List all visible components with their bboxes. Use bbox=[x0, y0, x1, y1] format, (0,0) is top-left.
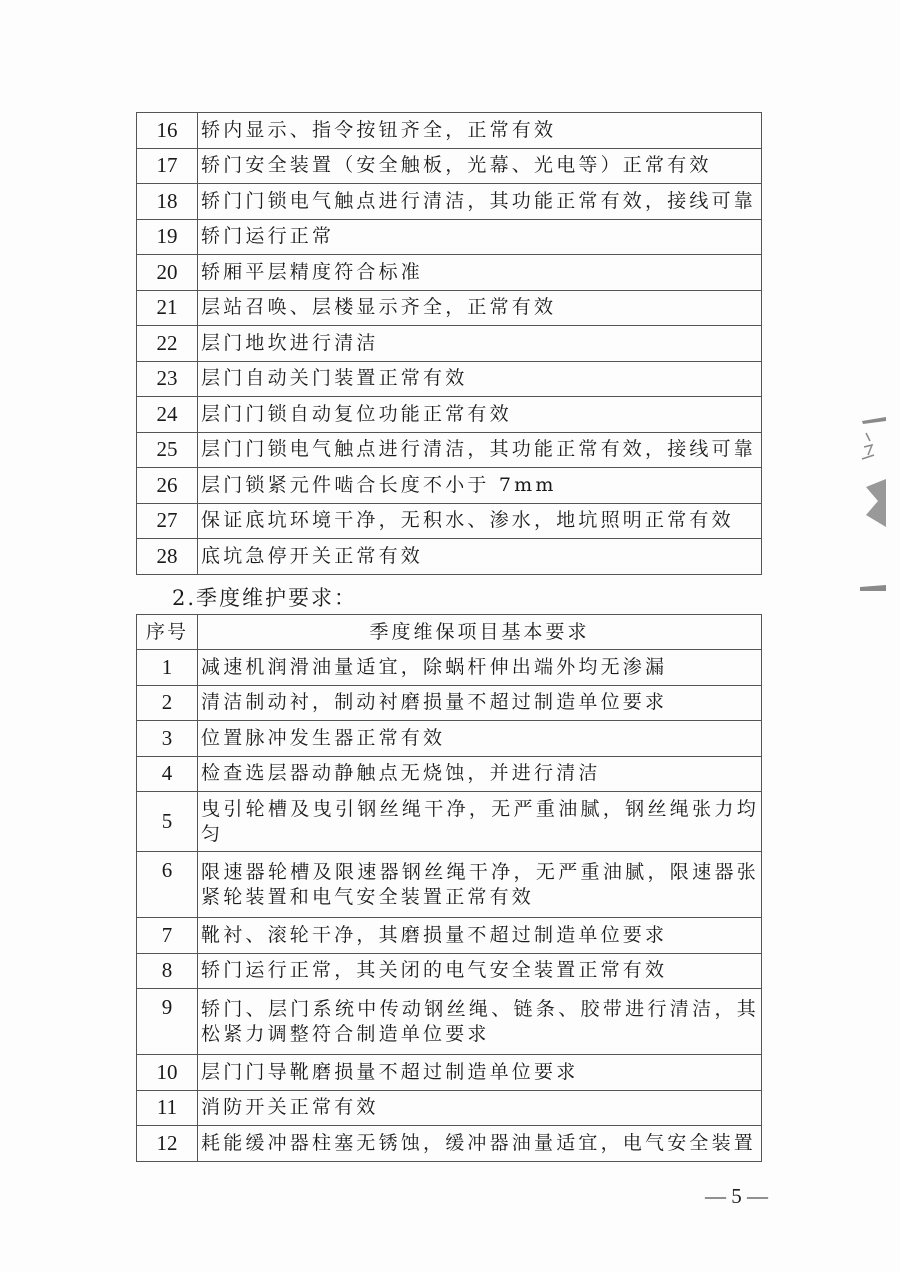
table-row: 16 轿内显示、指令按钮齐全，正常有效 bbox=[137, 113, 762, 149]
row-text: 层门门导靴磨损量不超过制造单位要求 bbox=[198, 1055, 762, 1091]
row-number: 2 bbox=[137, 685, 198, 721]
table-row: 27 保证底坑环境干净，无积水、渗水，地坑照明正常有效 bbox=[137, 503, 762, 539]
seal-stamp-fragment bbox=[848, 415, 888, 605]
row-number: 4 bbox=[137, 756, 198, 792]
row-number: 3 bbox=[137, 721, 198, 757]
table-row: 20 轿厢平层精度符合标准 bbox=[137, 255, 762, 291]
table-row: 26 层门锁紧元件啮合长度不小于 7mm bbox=[137, 468, 762, 504]
table-row: 17 轿门安全装置（安全触板，光幕、光电等）正常有效 bbox=[137, 148, 762, 184]
row-text: 轿门、层门系统中传动钢丝绳、链条、胶带进行清洁，其松紧力调整符合制造单位要求 bbox=[198, 989, 762, 1055]
row-number: 25 bbox=[137, 432, 198, 468]
table-header-row: 序号 季度维保项目基本要求 bbox=[137, 615, 762, 650]
row-text: 轿门安全装置（安全触板，光幕、光电等）正常有效 bbox=[198, 148, 762, 184]
table-row: 6 限速器轮槽及限速器钢丝绳干净，无严重油腻，限速器张紧轮装置和电气安全装置正常… bbox=[137, 852, 762, 918]
table-row: 24 层门门锁自动复位功能正常有效 bbox=[137, 397, 762, 433]
row-text: 底坑急停开关正常有效 bbox=[198, 539, 762, 575]
row-number: 1 bbox=[137, 650, 198, 686]
monthly-requirements-table: 16 轿内显示、指令按钮齐全，正常有效 17 轿门安全装置（安全触板，光幕、光电… bbox=[136, 112, 762, 575]
table-row: 10 层门门导靴磨损量不超过制造单位要求 bbox=[137, 1055, 762, 1091]
page-number: — 5 — bbox=[705, 1184, 768, 1209]
table-row: 28 底坑急停开关正常有效 bbox=[137, 539, 762, 575]
row-text: 轿内显示、指令按钮齐全，正常有效 bbox=[198, 113, 762, 149]
row-text: 减速机润滑油量适宜，除蜗杆伸出端外均无渗漏 bbox=[198, 650, 762, 686]
table-row: 25 层门门锁电气触点进行清洁，其功能正常有效，接线可靠 bbox=[137, 432, 762, 468]
table-row: 18 轿门门锁电气触点进行清洁，其功能正常有效，接线可靠 bbox=[137, 184, 762, 220]
section-heading-quarterly: 2.季度维护要求： bbox=[172, 582, 357, 612]
table-row: 2 清洁制动衬，制动衬磨损量不超过制造单位要求 bbox=[137, 685, 762, 721]
row-text: 清洁制动衬，制动衬磨损量不超过制造单位要求 bbox=[198, 685, 762, 721]
row-number: 17 bbox=[137, 148, 198, 184]
row-text: 层门门锁电气触点进行清洁，其功能正常有效，接线可靠 bbox=[198, 432, 762, 468]
row-text: 轿门运行正常，其关闭的电气安全装置正常有效 bbox=[198, 953, 762, 989]
row-text: 层门锁紧元件啮合长度不小于 7mm bbox=[198, 468, 762, 504]
row-number: 19 bbox=[137, 219, 198, 255]
row-number: 24 bbox=[137, 397, 198, 433]
table-row: 19 轿门运行正常 bbox=[137, 219, 762, 255]
table-row: 5 曳引轮槽及曳引钢丝绳干净，无严重油腻，钢丝绳张力均匀 bbox=[137, 792, 762, 852]
table-row: 3 位置脉冲发生器正常有效 bbox=[137, 721, 762, 757]
document-page: 16 轿内显示、指令按钮齐全，正常有效 17 轿门安全装置（安全触板，光幕、光电… bbox=[0, 0, 900, 1272]
row-number: 21 bbox=[137, 290, 198, 326]
row-number: 20 bbox=[137, 255, 198, 291]
row-number: 22 bbox=[137, 326, 198, 362]
table-row: 9 轿门、层门系统中传动钢丝绳、链条、胶带进行清洁，其松紧力调整符合制造单位要求 bbox=[137, 989, 762, 1055]
table-row: 1 减速机润滑油量适宜，除蜗杆伸出端外均无渗漏 bbox=[137, 650, 762, 686]
row-number: 8 bbox=[137, 953, 198, 989]
row-text: 轿厢平层精度符合标准 bbox=[198, 255, 762, 291]
row-number: 23 bbox=[137, 361, 198, 397]
row-number: 27 bbox=[137, 503, 198, 539]
row-text: 限速器轮槽及限速器钢丝绳干净，无严重油腻，限速器张紧轮装置和电气安全装置正常有效 bbox=[198, 852, 762, 918]
row-text: 层门自动关门装置正常有效 bbox=[198, 361, 762, 397]
row-number: 9 bbox=[137, 989, 198, 1055]
table-row: 23 层门自动关门装置正常有效 bbox=[137, 361, 762, 397]
table-row: 22 层门地坎进行清洁 bbox=[137, 326, 762, 362]
row-text: 曳引轮槽及曳引钢丝绳干净，无严重油腻，钢丝绳张力均匀 bbox=[198, 792, 762, 852]
row-text: 耗能缓冲器柱塞无锈蚀，缓冲器油量适宜，电气安全装置 bbox=[198, 1126, 762, 1162]
row-text: 消防开关正常有效 bbox=[198, 1090, 762, 1126]
row-number: 12 bbox=[137, 1126, 198, 1162]
row-number: 11 bbox=[137, 1090, 198, 1126]
row-text: 层门地坎进行清洁 bbox=[198, 326, 762, 362]
column-header-number: 序号 bbox=[137, 615, 198, 650]
table-row: 11 消防开关正常有效 bbox=[137, 1090, 762, 1126]
quarterly-requirements-table: 序号 季度维保项目基本要求 1 减速机润滑油量适宜，除蜗杆伸出端外均无渗漏 2 … bbox=[136, 614, 762, 1162]
table-row: 4 检查选层器动静触点无烧蚀，并进行清洁 bbox=[137, 756, 762, 792]
row-text: 检查选层器动静触点无烧蚀，并进行清洁 bbox=[198, 756, 762, 792]
row-number: 5 bbox=[137, 792, 198, 852]
row-text: 层门门锁自动复位功能正常有效 bbox=[198, 397, 762, 433]
row-number: 7 bbox=[137, 918, 198, 954]
table-row: 12 耗能缓冲器柱塞无锈蚀，缓冲器油量适宜，电气安全装置 bbox=[137, 1126, 762, 1162]
row-number: 28 bbox=[137, 539, 198, 575]
row-number: 18 bbox=[137, 184, 198, 220]
row-text: 靴衬、滚轮干净，其磨损量不超过制造单位要求 bbox=[198, 918, 762, 954]
row-number: 6 bbox=[137, 852, 198, 918]
table-row: 21 层站召唤、层楼显示齐全，正常有效 bbox=[137, 290, 762, 326]
row-number: 10 bbox=[137, 1055, 198, 1091]
row-text: 保证底坑环境干净，无积水、渗水，地坑照明正常有效 bbox=[198, 503, 762, 539]
table-row: 8 轿门运行正常，其关闭的电气安全装置正常有效 bbox=[137, 953, 762, 989]
table-row: 7 靴衬、滚轮干净，其磨损量不超过制造单位要求 bbox=[137, 918, 762, 954]
column-header-requirements: 季度维保项目基本要求 bbox=[198, 615, 762, 650]
row-text: 位置脉冲发生器正常有效 bbox=[198, 721, 762, 757]
row-text: 层站召唤、层楼显示齐全，正常有效 bbox=[198, 290, 762, 326]
row-text: 轿门运行正常 bbox=[198, 219, 762, 255]
row-number: 16 bbox=[137, 113, 198, 149]
row-number: 26 bbox=[137, 468, 198, 504]
row-text: 轿门门锁电气触点进行清洁，其功能正常有效，接线可靠 bbox=[198, 184, 762, 220]
